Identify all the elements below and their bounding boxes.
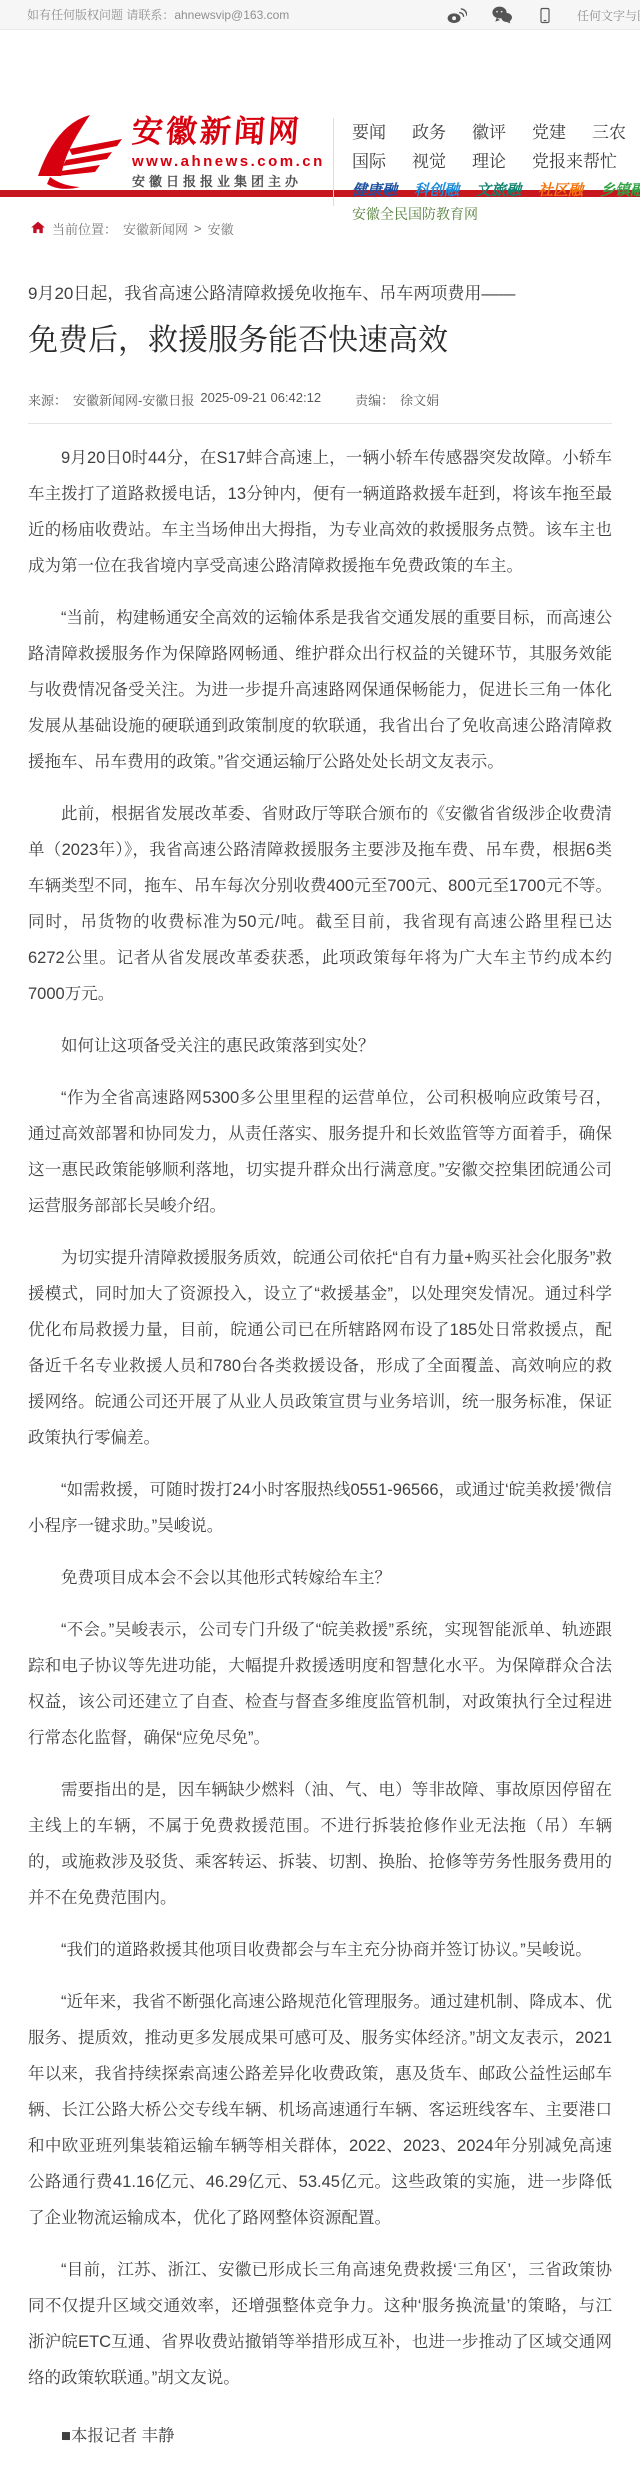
national-defense-education-link[interactable]: 安徽全民国防教育网 [352, 204, 640, 224]
article-paragraph: 此前，根据省发展改革委、省财政厅等联合颁布的《安徽省省级涉企收费清单（2023年… [28, 796, 612, 1012]
source-label: 来源： [28, 390, 67, 409]
fusion-tech[interactable]: 科创融 [414, 179, 459, 203]
article-body: 9月20日0时44分，在S17蚌合高速上，一辆小轿车传感器突发故障。小轿车车主拨… [28, 440, 612, 2454]
mobile-icon[interactable] [537, 5, 553, 26]
article-byline: ■本报记者 丰静 [28, 2418, 612, 2454]
logo-mark-icon [32, 112, 126, 197]
article-paragraph: 如何让这项备受关注的惠民政策落到实处？ [28, 1028, 612, 1064]
article-paragraph: “当前，构建畅通安全高效的运输体系是我省交通发展的重要目标，而高速公路清障救援服… [28, 600, 612, 780]
breadcrumb-home-link[interactable]: 安徽新闻网 [123, 219, 188, 238]
source-value: 安徽新闻网-安徽日报 [73, 390, 194, 409]
editor-label: 责编： [355, 390, 394, 409]
site-url: www.ahnews.com.cn [132, 152, 325, 172]
nav-row-1: 要闻 政务 徽评 党建 三农 [352, 118, 640, 147]
site-logo[interactable]: 安徽新闻网 www.ahnews.com.cn 安徽日报报业集团主办 [32, 112, 325, 197]
article-paragraph: “作为全省高速路网5300多公里里程的运营单位，公司积极响应政策号召，通过高效部… [28, 1080, 612, 1224]
nav-huiping[interactable]: 徽评 [472, 118, 506, 147]
article-paragraph: 9月20日0时44分，在S17蚌合高速上，一辆小轿车传感器突发故障。小轿车车主拨… [28, 440, 612, 584]
nav-yaowen[interactable]: 要闻 [352, 118, 386, 147]
publish-datetime: 2025-09-21 06:42:12 [200, 390, 321, 409]
nav-dangjian[interactable]: 党建 [532, 118, 566, 147]
article-paragraph: “我们的道路救援其他项目收费都会与车主充分协商并签订协议。”吴峻说。 [28, 1932, 612, 1968]
nav-sannong[interactable]: 三农 [592, 118, 626, 147]
article-paragraph: “如需救援，可随时拨打24小时客服热线0551-96566，或通过‘皖美救援’微… [28, 1472, 612, 1544]
article-paragraph: “近年来，我省不断强化高速公路规范化管理服务。通过建机制、降成本、优服务、提质效… [28, 1984, 612, 2236]
meta-spacer [327, 390, 349, 409]
weibo-icon[interactable] [446, 5, 467, 25]
nav-shijue[interactable]: 视觉 [412, 147, 446, 176]
nav-zhengwu[interactable]: 政务 [412, 118, 446, 147]
header-divider [333, 118, 334, 206]
breadcrumb-section-link[interactable]: 安徽 [208, 219, 234, 238]
article-paragraph: 需要指出的是，因车辆缺少燃料（油、气、电）等非故障、事故原因停留在主线上的车辆，… [28, 1772, 612, 1916]
site-sponsor: 安徽日报报业集团主办 [132, 172, 325, 192]
fusion-township[interactable]: 乡镇融 [600, 179, 640, 203]
article-title: 免费后，救援服务能否快速高效 [28, 320, 612, 362]
nav-dangbao-help[interactable]: 党报来帮忙 [532, 147, 617, 176]
meta-divider-line [28, 423, 612, 424]
topbar: 如有任何版权问题 请联系：ahnewsvip@163.com [0, 0, 640, 30]
editor-value: 徐文娟 [400, 390, 439, 409]
topbar-notice-text: 任何文字与图片 [577, 7, 640, 24]
nav-guoji[interactable]: 国际 [352, 147, 386, 176]
site-name: 安徽新闻网 [131, 112, 327, 152]
article-kicker: 9月20日起，我省高速公路清障救援免收拖车、吊车两项费用—— [28, 282, 612, 306]
article-paragraph: “不会。”吴峻表示，公司专门升级了“皖美救援”系统，实现智能派单、轨迹跟踪和电子… [28, 1612, 612, 1756]
nav-lilun[interactable]: 理论 [472, 147, 506, 176]
fusion-links-row: 健康融 科创融 文旅融 社区融 乡镇融 教育融 [352, 179, 640, 203]
fusion-culture-tourism[interactable]: 文旅融 [476, 179, 521, 203]
topbar-right-group: 任何文字与图片 [446, 0, 640, 30]
fusion-health[interactable]: 健康融 [352, 179, 397, 203]
breadcrumb-label: 当前位置： [52, 219, 117, 238]
article: 9月20日起，我省高速公路清障救援免收拖车、吊车两项费用—— 免费后，救援服务能… [0, 282, 640, 2454]
wechat-icon[interactable] [491, 5, 513, 25]
nav-row-2: 国际 视觉 理论 党报来帮忙 [352, 147, 640, 176]
article-paragraph: 为切实提升清障救援服务质效，皖通公司依托“自有力量+购买社会化服务”救援模式，同… [28, 1240, 612, 1456]
site-header: 安徽新闻网 www.ahnews.com.cn 安徽日报报业集团主办 要闻 政务… [0, 30, 640, 190]
article-paragraph: 免费项目成本会不会以其他形式转嫁给车主？ [28, 1560, 612, 1596]
breadcrumb-separator: > [194, 221, 202, 236]
fusion-community[interactable]: 社区融 [538, 179, 583, 203]
article-meta: 来源： 安徽新闻网-安徽日报 2025-09-21 06:42:12 责编： 徐… [28, 390, 612, 409]
logo-text-block: 安徽新闻网 www.ahnews.com.cn 安徽日报报业集团主办 [132, 112, 325, 197]
article-paragraph: “目前，江苏、浙江、安徽已形成长三角高速免费救援‘三角区’，三省政策协同不仅提升… [28, 2252, 612, 2396]
home-icon[interactable] [30, 220, 46, 238]
copyright-contact-text: 如有任何版权问题 请联系：ahnewsvip@163.com [27, 6, 289, 23]
main-nav: 要闻 政务 徽评 党建 三农 国际 视觉 理论 党报来帮忙 健康融 科创融 文旅… [352, 118, 640, 224]
